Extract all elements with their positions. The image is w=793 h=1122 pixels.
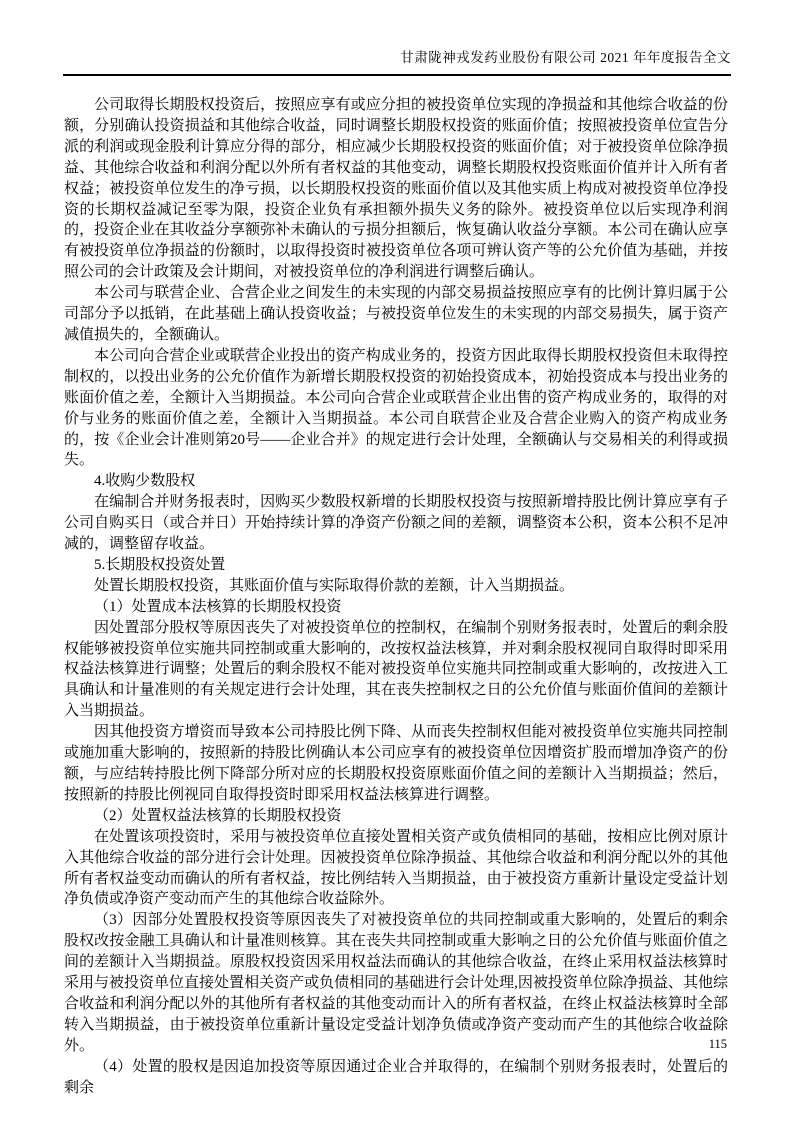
paragraph-unrealized-internal-transactions: 本公司与联营企业、合营企业之间发生的未实现的内部交易损益按照应享有的比例计算归属… [64, 283, 728, 346]
section-heading-acquire-minority-interest: 4.收购少数股权 [64, 471, 728, 492]
document-body: 公司取得长期股权投资后，按照应享有或应分担的被投资单位实现的净损益和其他综合收益… [64, 95, 728, 1099]
section-heading-disposal-cost-method: （1）处置成本法核算的长期股权投资 [64, 597, 728, 618]
paragraph-loss-of-joint-control: （3）因部分处置股权投资等原因丧失了对被投资单位的共同控制或重大影响的，处置后的… [64, 910, 728, 1056]
paragraph-disposal-cost-method-detail: 因处置部分股权等原因丧失了对被投资单位的控制权，在编制个别财务报表时，处置后的剩… [64, 618, 728, 723]
page-number: 115 [709, 1037, 727, 1051]
paragraph-disposal-general: 处置长期股权投资，其账面价值与实际取得价款的差额，计入当期损益。 [64, 576, 728, 597]
document-page: 甘肃陇神戎发药业股份有限公司 2021 年年度报告全文 公司取得长期股权投资后，… [0, 0, 793, 1122]
paragraph-disposal-equity-method-detail: 在处置该项投资时，采用与被投资单位直接处置相关资产或负债相同的基础，按相应比例对… [64, 827, 728, 911]
paragraph-shareholding-ratio-decline: 因其他投资方增资而导致本公司持股比例下降、从而丧失控制权但能对被投资单位实施共同… [64, 722, 728, 806]
page-header: 甘肃陇神戎发药业股份有限公司 2021 年年度报告全文 [63, 48, 731, 76]
page-footer: 115 [709, 1036, 727, 1052]
section-heading-disposal-of-long-term-equity-investment: 5.长期股权投资处置 [64, 555, 728, 576]
paragraph-minority-interest-consolidation: 在编制合并财务报表时，因购买少数股权新增的长期股权投资与按照新增持股比例计算应享… [64, 492, 728, 555]
paragraph-disposal-business-combination: （4）处置的股权是因追加投资等原因通过企业合并取得的，在编制个别财务报表时，处置… [64, 1057, 728, 1099]
header-title: 甘肃陇神戎发药业股份有限公司 2021 年年度报告全文 [400, 50, 731, 65]
paragraph-equity-method-accounting: 公司取得长期股权投资后，按照应享有或应分担的被投资单位实现的净损益和其他综合收益… [64, 95, 728, 283]
section-heading-disposal-equity-method: （2）处置权益法核算的长期股权投资 [64, 806, 728, 827]
paragraph-contributed-assets-business: 本公司向合营企业或联营企业投出的资产构成业务的，投资方因此取得长期股权投资但未取… [64, 346, 728, 471]
